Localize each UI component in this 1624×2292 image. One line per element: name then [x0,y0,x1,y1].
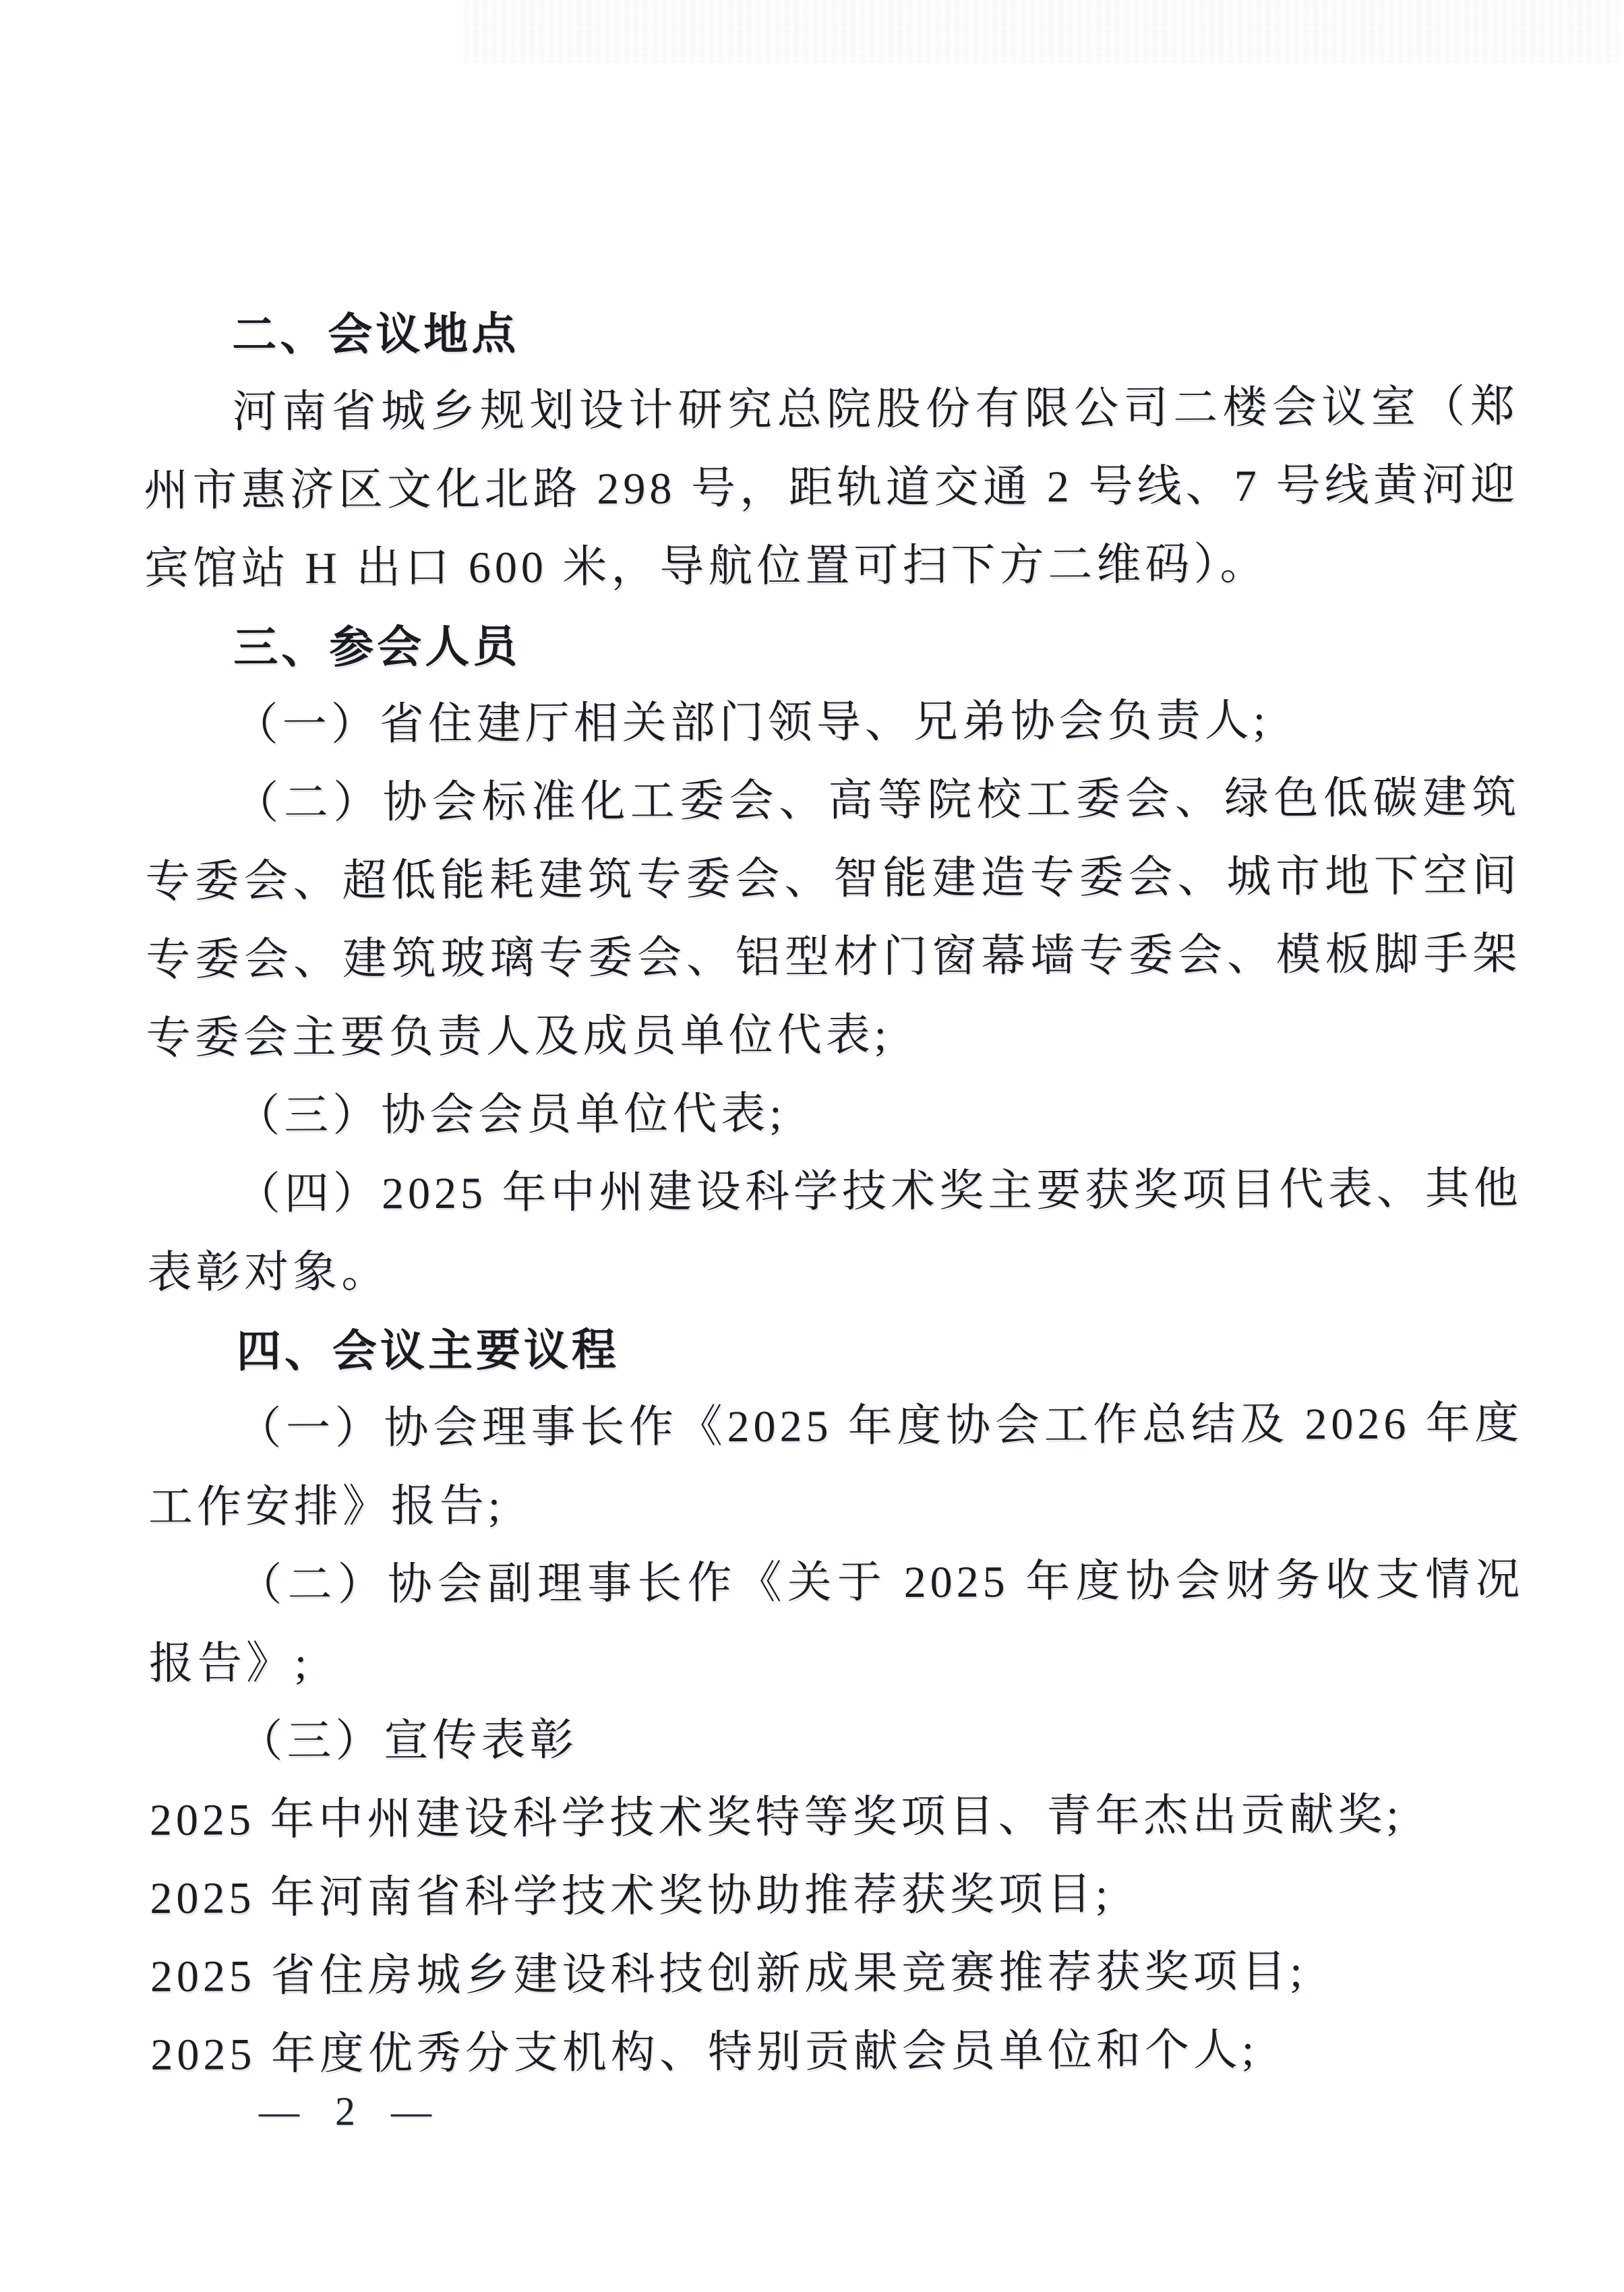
paragraph-agenda-item-3: （三）宣传表彰 [149,1697,1524,1782]
document-body: 二、会议地点 河南省城乡规划设计研究总院股份有限公司二楼会议室（郑州市惠济区文化… [143,290,1526,2094]
paragraph-agenda-item-1: （一）协会理事长作《2025 年度协会工作总结及 2026 年度工作安排》报告; [148,1385,1524,1547]
paragraph-meeting-location: 河南省城乡规划设计研究总院股份有限公司二楼会议室（郑州市惠济区文化北路 298 … [144,368,1520,609]
award-list-item-4: 2025 年度优秀分支机构、特别贡献会员单位和个人; [150,2010,1526,2094]
scan-bleed-artifact [465,0,1618,62]
paragraph-participants-item-3: （三）协会会员单位代表; [146,1072,1522,1156]
paragraph-participants-item-2: （二）协会标准化工委会、高等院校工委会、绿色低碳建筑专委会、超低能耗建筑专委会、… [145,759,1522,1078]
section-heading-participants: 三、参会人员 [144,603,1520,687]
award-list-item-2: 2025 年河南省科学技术奖协助推荐获奖项目; [150,1854,1525,1938]
award-list-item-3: 2025 省住房城乡建设科技创新成果竞赛推荐获奖项目; [150,1932,1526,2016]
section-heading-agenda: 四、会议主要议程 [148,1306,1523,1391]
paragraph-participants-item-1: （一）省住建厅相关部门领导、兄弟协会负责人; [145,681,1520,765]
page-number: — 2 — [259,2088,433,2135]
award-list-item-1: 2025 年中州建设科学技术奖特等奖项目、青年杰出贡献奖; [150,1776,1525,1860]
scanned-document-page: 二、会议地点 河南省城乡规划设计研究总院股份有限公司二楼会议室（郑州市惠济区文化… [0,0,1624,2292]
paragraph-agenda-item-2: （二）协会副理事长作《关于 2025 年度协会财务收支情况报告》; [148,1541,1524,1703]
paragraph-participants-item-4: （四）2025 年中州建设科学技术奖主要获奖项目代表、其他表彰对象。 [147,1150,1523,1313]
section-heading-meeting-location: 二、会议地点 [143,290,1518,374]
